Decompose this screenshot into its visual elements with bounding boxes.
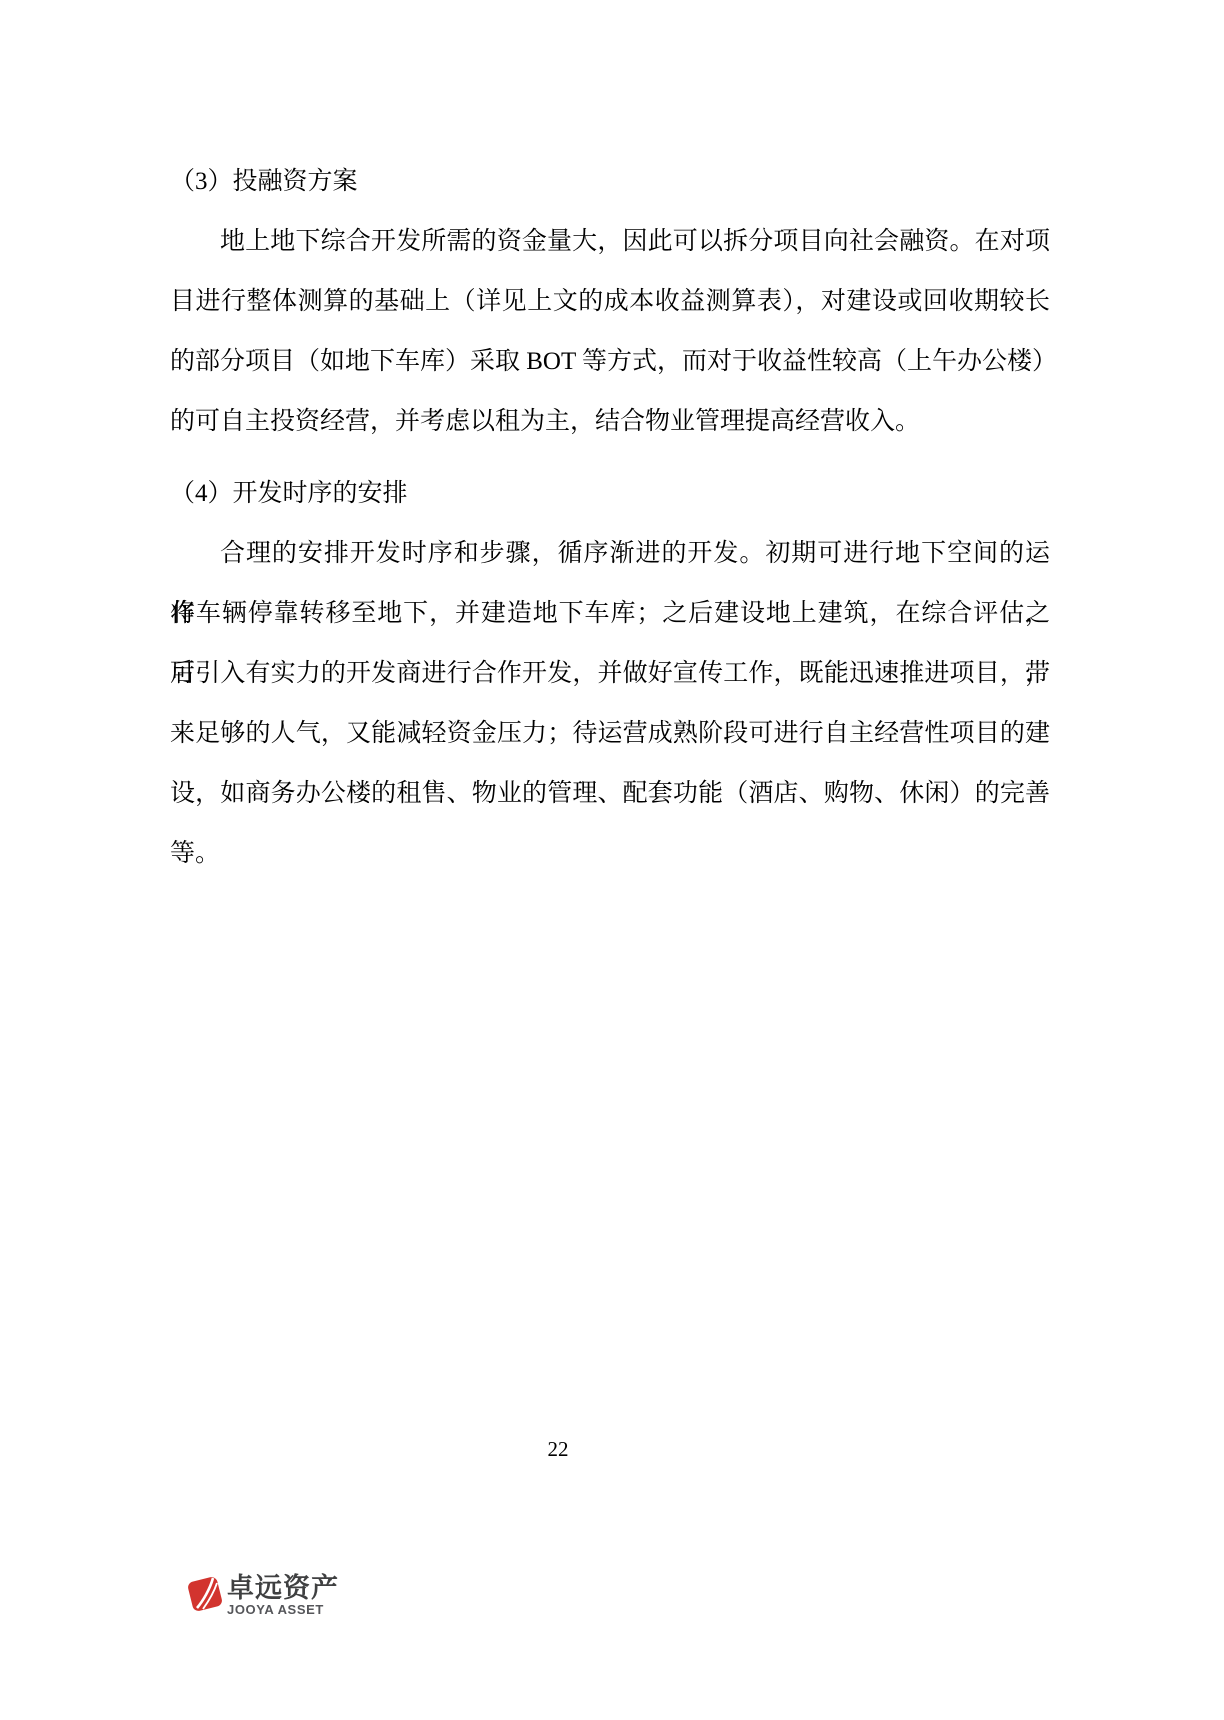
logo-mark-icon: [186, 1568, 224, 1616]
section-heading-3: （3）投融资方案: [170, 152, 1050, 212]
logo-text: 卓远资产 JOOYA ASSET: [227, 1568, 339, 1617]
body-line: 目进行整体测算的基础上（详见上文的成本收益测算表），对建设或回收期较长: [170, 272, 1050, 332]
body-line: 来足够的人气，又能减轻资金压力；待运营成熟阶段可进行自主经营性项目的建: [170, 704, 1050, 764]
body-line: 地上地下综合开发所需的资金量大，因此可以拆分项目向社会融资。在对项: [170, 212, 1050, 272]
document-page: （3）投融资方案 地上地下综合开发所需的资金量大，因此可以拆分项目向社会融资。在…: [0, 0, 1224, 1720]
company-logo: 卓远资产 JOOYA ASSET: [186, 1568, 339, 1617]
body-line: 的部分项目（如地下车库）采取 BOT 等方式，而对于收益性较高（上午办公楼）: [170, 332, 1050, 392]
page-number: 22: [528, 1437, 588, 1461]
body-line: 等。: [170, 824, 1050, 884]
section-heading-4: （4）开发时序的安排: [170, 464, 1050, 524]
body-line: 合理的安排开发时序和步骤，循序渐进的开发。初期可进行地下空间的运作，: [170, 524, 1050, 584]
body-line: 的可自主投资经营，并考虑以租为主，结合物业管理提高经营收入。: [170, 392, 1050, 452]
logo-company-name-en: JOOYA ASSET: [227, 1603, 339, 1617]
body-line: 将车辆停靠转移至地下，并建造地下车库；之后建设地上建筑，在综合评估之后，: [170, 584, 1050, 644]
document-body: （3）投融资方案 地上地下综合开发所需的资金量大，因此可以拆分项目向社会融资。在…: [170, 152, 1050, 884]
body-line: 设，如商务办公楼的租售、物业的管理、配套功能（酒店、购物、休闲）的完善: [170, 764, 1050, 824]
logo-company-name: 卓远资产: [227, 1574, 339, 1603]
body-line: 可引入有实力的开发商进行合作开发，并做好宣传工作，既能迅速推进项目，带: [170, 644, 1050, 704]
